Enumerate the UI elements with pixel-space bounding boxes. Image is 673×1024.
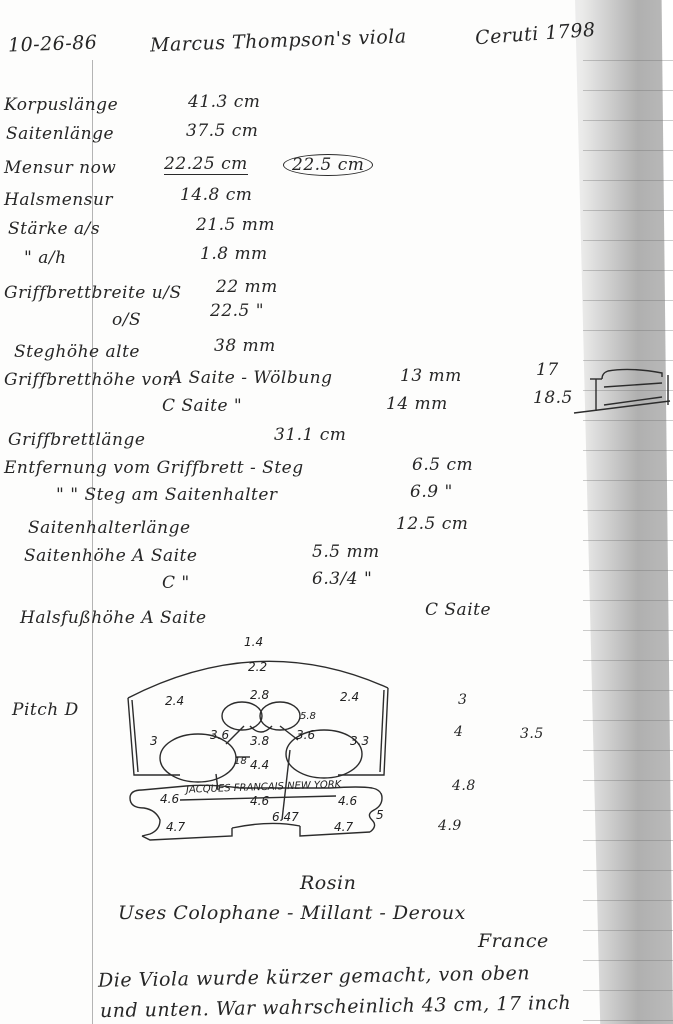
- ruled-line: [583, 810, 673, 811]
- ruled-line: [583, 870, 673, 871]
- measure-label-0: Korpuslänge: [4, 95, 118, 115]
- measure-label-3: Halsmensur: [4, 190, 113, 210]
- ruled-line: [583, 930, 673, 931]
- ruled-line: [583, 990, 673, 991]
- c-side-value-2: 3.5: [520, 726, 544, 742]
- bridge-label-right-kidney: 3.3: [350, 734, 369, 748]
- bridge-label-foot-right: 4.6: [338, 794, 357, 808]
- ruled-line: [583, 600, 673, 601]
- more-measure-label-3: Saitenhalterlänge: [28, 518, 191, 538]
- ruled-line: [583, 540, 673, 541]
- bridge-label-waist-small: 18: [234, 756, 247, 767]
- measure-value-6: 22 mm: [216, 277, 278, 297]
- ruled-line: [583, 690, 673, 691]
- bridge-label-top: 1.4: [244, 635, 263, 649]
- c-side-value-4: 4.9: [438, 818, 462, 834]
- ruled-line: [583, 450, 673, 451]
- more-measure-value-5: 6.3/4 ": [312, 569, 372, 589]
- measure-value-4: 21.5 mm: [196, 215, 275, 235]
- bridge-label-leg-right: 4.7: [334, 820, 353, 834]
- bridge-label-kidney-left-inner: 3.6: [210, 728, 229, 742]
- bridge-label-foot-left: 4.6: [160, 792, 179, 806]
- more-measure-value-3: 12.5 cm: [396, 514, 468, 534]
- bridge-label-leg-left: 4.7: [166, 820, 185, 834]
- pitch-label: Pitch D: [12, 700, 79, 720]
- header-date: 10-26-86: [8, 31, 98, 56]
- more-measure-value-0: 31.1 cm: [274, 425, 346, 445]
- ruled-line: [583, 210, 673, 211]
- halsfuss-c-label: C Saite: [425, 600, 491, 620]
- measure-value-8: 38 mm: [214, 336, 276, 356]
- bridge-label-crown: 2.2: [248, 660, 267, 674]
- bridge-label-left-kidney: 3: [150, 734, 158, 748]
- more-measure-label-5: C ": [162, 573, 190, 593]
- c-side-value-0: 3: [458, 692, 467, 708]
- ruled-line: [583, 570, 673, 571]
- ruled-line: [583, 330, 673, 331]
- fb-row-0-string: A Saite - Wölbung: [170, 368, 333, 388]
- c-side-value-3: 4.8: [452, 778, 476, 794]
- ruled-line: [583, 480, 673, 481]
- measure-value-7: 22.5 ": [210, 301, 264, 321]
- bridge-label-heart: 2.8: [250, 688, 269, 702]
- more-measure-label-2: " " Steg am Saitenhalter: [56, 485, 278, 505]
- ruled-line: [583, 630, 673, 631]
- measure-value-2: 22.25 cm: [164, 154, 248, 175]
- rosin-line-2: France: [478, 930, 549, 952]
- measure-value-3: 14.8 cm: [180, 185, 252, 205]
- measure-label-5: " a/h: [24, 248, 67, 268]
- ruled-line: [583, 120, 673, 121]
- rosin-line-1: Uses Colophane - Millant - Deroux: [118, 902, 466, 924]
- more-measure-label-4: Saitenhöhe A Saite: [24, 546, 197, 566]
- fb-row-1-side: 18.5: [533, 388, 573, 408]
- ruled-line: [583, 240, 673, 241]
- bridge-label-kidney-right-inner: 3.6: [296, 728, 315, 742]
- fingerboard-height-label: Griffbretthöhe von: [4, 370, 174, 390]
- more-measure-label-1: Entfernung vom Griffbrett - Steg: [4, 458, 304, 478]
- ruled-line: [583, 780, 673, 781]
- c-side-value-1: 4: [454, 724, 463, 740]
- bridge-label-upper-right: 2.4: [340, 690, 359, 704]
- ruled-line: [583, 90, 673, 91]
- ruled-line: [583, 150, 673, 151]
- measure-value-0: 41.3 cm: [188, 92, 260, 112]
- ruled-line: [583, 510, 673, 511]
- ruled-line: [583, 720, 673, 721]
- ruled-line: [583, 750, 673, 751]
- fb-row-1-value: 14 mm: [386, 394, 448, 414]
- ruled-line: [583, 360, 673, 361]
- header-title: Marcus Thompson's viola: [150, 26, 407, 57]
- measure-label-1: Saitenlänge: [6, 124, 114, 144]
- ruled-line: [583, 840, 673, 841]
- bridge-label-side-mark: 5: [376, 808, 384, 822]
- more-measure-value-1: 6.5 cm: [412, 455, 473, 475]
- note-line-2: und unten. War wahrscheinlich 43 cm, 17 …: [100, 992, 572, 1022]
- ruled-line: [583, 180, 673, 181]
- ruled-line: [583, 960, 673, 961]
- ruled-line: [583, 60, 673, 61]
- ruled-line: [583, 660, 673, 661]
- notebook-page: 10-26-86 Marcus Thompson's viola Ceruti …: [0, 0, 673, 1024]
- note-line-1: Die Viola wurde kürzer gemacht, von oben: [98, 962, 530, 992]
- bridge-label-foot-center: 4.6: [250, 794, 269, 808]
- more-measure-label-0: Griffbrettlänge: [8, 430, 145, 450]
- fingerboard-profile-sketch: [570, 365, 673, 425]
- measure-label-8: Steghöhe alte: [14, 342, 140, 362]
- halsfuss-label: Halsfußhöhe A Saite: [20, 608, 207, 628]
- ruled-line: [583, 1020, 673, 1021]
- fb-row-0-value: 13 mm: [400, 366, 462, 386]
- bridge-label-center: 3.8: [250, 734, 269, 748]
- bridge-label-waist: 4.4: [250, 758, 269, 772]
- measure-label-7: o/S: [112, 310, 141, 330]
- more-measure-value-2: 6.9 ": [410, 482, 453, 502]
- ruled-line: [583, 270, 673, 271]
- more-measure-value-4: 5.5 mm: [312, 542, 380, 562]
- ruled-line: [583, 300, 673, 301]
- measure-label-6: Griffbrettbreite u/S: [4, 283, 182, 303]
- rosin-heading: Rosin: [300, 872, 356, 894]
- measure-label-2: Mensur now: [4, 158, 116, 178]
- fb-row-1-string: C Saite ": [162, 396, 242, 416]
- measure-label-4: Stärke a/s: [8, 219, 100, 239]
- bridge-label-heart-right: 5.8: [300, 711, 316, 722]
- measure-value-1: 37.5 cm: [186, 121, 258, 141]
- fb-row-0-side: 17: [536, 360, 559, 380]
- measure-value-5: 1.8 mm: [200, 244, 268, 264]
- bridge-label-foot-arrow: 6.47: [272, 810, 299, 824]
- bridge-label-upper-left: 2.4: [165, 694, 184, 708]
- ruled-line: [583, 900, 673, 901]
- measure-value-2-circled: 22.5 cm: [283, 154, 373, 176]
